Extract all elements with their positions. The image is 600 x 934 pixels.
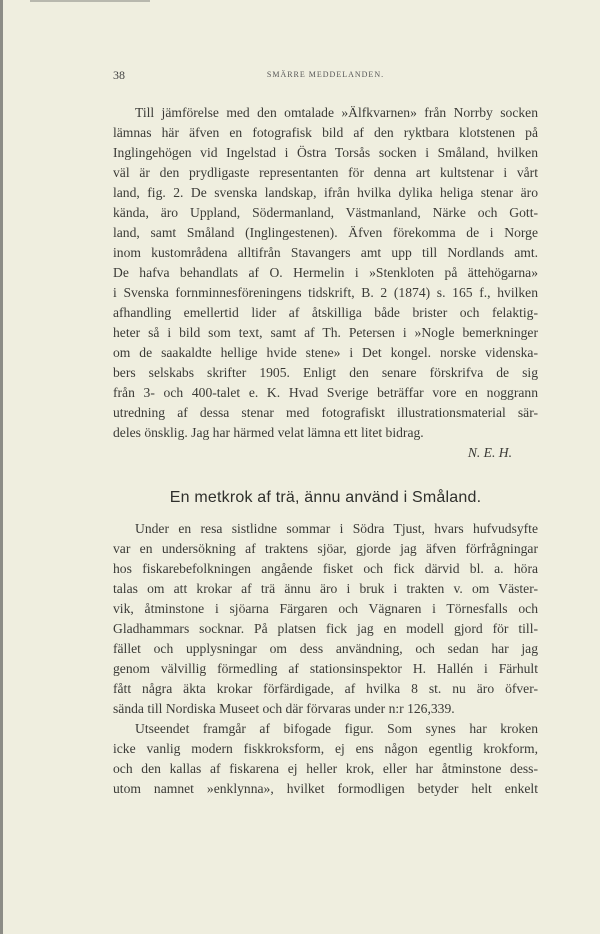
text-line: var en undersökning af traktens sjöar, g… <box>113 539 538 559</box>
text-line: land, samt Småland (Inglingestenen). Äfv… <box>113 223 538 243</box>
running-head: SMÄRRE MEDDELANDEN. <box>113 70 538 79</box>
text-line: Under en resa sistlidne sommar i Södra T… <box>113 519 538 539</box>
scan-top-edge <box>30 0 150 2</box>
article1-paragraph: Till jämförelse med den omtalade »Älfkva… <box>113 103 538 443</box>
page-header: 38 SMÄRRE MEDDELANDEN. <box>113 66 538 86</box>
text-line: väl är den prydligaste representanten fö… <box>113 163 538 183</box>
text-line: vik, åtminstone i sjöarna Färgaren och V… <box>113 599 538 619</box>
author-signature: N. E. H. <box>113 443 538 463</box>
text-line: i Svenska fornminnesföreningens tidskrif… <box>113 283 538 303</box>
text-line: Till jämförelse med den omtalade »Älfkva… <box>113 103 538 123</box>
text-line: hos fiskarebefolkningen angående fisket … <box>113 559 538 579</box>
text-line: afhandling emellertid lider af åtskillig… <box>113 303 538 323</box>
article2-paragraph-2: Utseendet framgår af bifogade figur. Som… <box>113 719 538 799</box>
text-line: fått några äkta krokar förfärdigade, af … <box>113 679 538 699</box>
text-line: kända, äro Uppland, Södermanland, Västma… <box>113 203 538 223</box>
text-line: inom kustområdena alltifrån Stavangers a… <box>113 243 538 263</box>
text-line: bers selskabs skrifter 1905. Enligt den … <box>113 363 538 383</box>
section-title: En metkrok af trä, ännu använd i Småland… <box>113 489 538 507</box>
text-line: land, fig. 2. De svenska landskap, ifrån… <box>113 183 538 203</box>
scan-left-edge <box>0 0 3 934</box>
text-line: heter så i bild som text, samt af Th. Pe… <box>113 323 538 343</box>
document-page: 38 SMÄRRE MEDDELANDEN. Till jämförelse m… <box>113 66 538 799</box>
text-line: Utseendet framgår af bifogade figur. Som… <box>113 719 538 739</box>
text-line: sända till Nordiska Museet och där förva… <box>113 699 538 719</box>
text-line: fället och upplysningar om dess användni… <box>113 639 538 659</box>
text-line: Inglingehögen vid Ingelstad i Östra Tors… <box>113 143 538 163</box>
text-line: talas om att krokar af trä ännu äro i br… <box>113 579 538 599</box>
text-line: om de saakaldte hellige hvide stene» i D… <box>113 343 538 363</box>
text-line: deles önsklig. Jag har härmed velat lämn… <box>113 423 538 443</box>
text-line: från 3- och 400-talet e. K. Hvad Sverige… <box>113 383 538 403</box>
text-line: utom namnet »enklynna», hvilket formodli… <box>113 779 538 799</box>
text-line: icke vanlig modern fiskkroksform, ej ens… <box>113 739 538 759</box>
text-line: Gladhammars socknar. På platsen fick jag… <box>113 619 538 639</box>
text-line: och den kallas af fiskarena ej heller kr… <box>113 759 538 779</box>
article2-paragraph-1: Under en resa sistlidne sommar i Södra T… <box>113 519 538 719</box>
text-line: genom välvillig förmedling af stationsin… <box>113 659 538 679</box>
text-line: De hafva behandlats af O. Hermelin i »St… <box>113 263 538 283</box>
text-line: utredning af dessa stenar med fotografis… <box>113 403 538 423</box>
text-line: lämnas här äfven en fotografisk bild af … <box>113 123 538 143</box>
